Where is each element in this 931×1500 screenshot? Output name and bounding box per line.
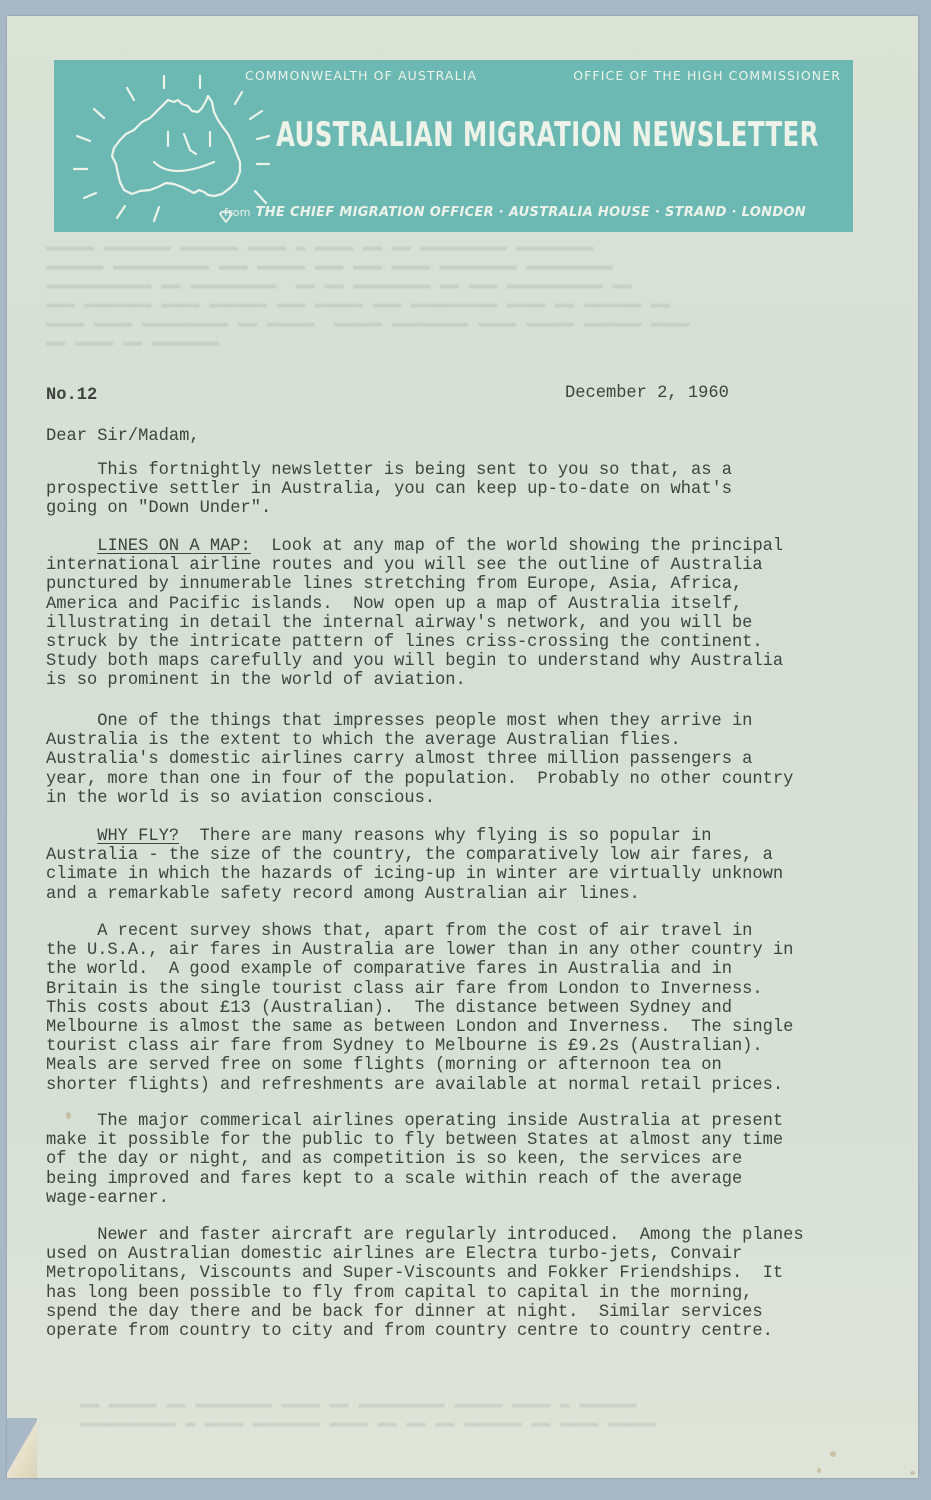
text-line: shorter flights) and refreshments are av… bbox=[46, 1076, 793, 1095]
text-line: climate in which the hazards of icing-up… bbox=[46, 865, 783, 884]
from-prefix: from bbox=[224, 206, 251, 219]
text-line: This costs about £13 (Australian). The d… bbox=[46, 999, 793, 1018]
paragraph-why-fly: WHY FLY? There are many reasons why flyi… bbox=[46, 827, 783, 904]
newsletter-title: AUSTRALIAN MIGRATION NEWSLETTER bbox=[276, 115, 841, 155]
newsletter-letterhead-banner: COMMONWEALTH OF AUSTRALIA OFFICE OF THE … bbox=[54, 60, 853, 232]
text-line: in the world is so aviation conscious. bbox=[46, 789, 793, 808]
text-line: punctured by innumerable lines stretchin… bbox=[46, 575, 783, 594]
folded-corner bbox=[7, 1418, 37, 1478]
text-line: the U.S.A., air fares in Australia are l… bbox=[46, 941, 793, 960]
paragraph-intro: This fortnightly newsletter is being sen… bbox=[46, 461, 732, 519]
bleed-through-texture: ▬▬ ▬▬▬▬▬ ▬▬ ▬▬▬▬▬▬▬▬ ▬▬▬▬ ▬▬ ▬▬▬▬▬▬▬▬▬ ▬… bbox=[80, 1395, 656, 1433]
section-heading-lines-on-a-map: LINES ON A MAP: bbox=[97, 537, 251, 556]
text-line: year, more than one in four of the popul… bbox=[46, 770, 793, 789]
text-line: struck by the intricate pattern of lines… bbox=[46, 633, 783, 652]
text-line: Melbourne is almost the same as between … bbox=[46, 1018, 793, 1037]
text-line: has long been possible to fly from capit… bbox=[46, 1284, 804, 1303]
text-span: There are many reasons why flying is so … bbox=[179, 827, 711, 846]
letterhead-org-line: COMMONWEALTH OF AUSTRALIA OFFICE OF THE … bbox=[245, 68, 841, 83]
text-line: One of the things that impresses people … bbox=[46, 712, 793, 731]
paragraph-lines-on-a-map: LINES ON A MAP: Look at any map of the w… bbox=[46, 537, 783, 691]
text-line: prospective settler in Australia, you ca… bbox=[46, 480, 732, 499]
paper-stain bbox=[910, 1471, 915, 1475]
text-line: spend the day there and be back for dinn… bbox=[46, 1303, 804, 1322]
paragraph-fares-survey: A recent survey shows that, apart from t… bbox=[46, 922, 793, 1095]
paragraph-newer-aircraft: Newer and faster aircraft are regularly … bbox=[46, 1226, 804, 1341]
text-line: Britain is the single tourist class air … bbox=[46, 980, 793, 999]
text-line: LINES ON A MAP: Look at any map of the w… bbox=[46, 537, 783, 556]
text-line: This fortnightly newsletter is being sen… bbox=[46, 461, 732, 480]
paper-stain bbox=[817, 1468, 821, 1473]
text-span: Look at any map of the world showing the… bbox=[251, 537, 783, 556]
paper-stain bbox=[830, 1451, 836, 1457]
text-line: being improved and fares kept to a scale… bbox=[46, 1170, 783, 1189]
text-line: of the day or night, and as competition … bbox=[46, 1150, 783, 1169]
text-line: going on "Down Under". bbox=[46, 499, 732, 518]
text-line: operate from country to city and from co… bbox=[46, 1322, 804, 1341]
text-line: wage-earner. bbox=[46, 1189, 783, 1208]
paragraph-commercial-airlines: The major commerical airlines operating … bbox=[46, 1112, 783, 1208]
letterhead-from-line: from THE CHIEF MIGRATION OFFICER · AUSTR… bbox=[224, 205, 839, 220]
text-line: WHY FLY? There are many reasons why flyi… bbox=[46, 827, 783, 846]
text-line: The major commerical airlines operating … bbox=[46, 1112, 783, 1131]
org-name-left: COMMONWEALTH OF AUSTRALIA bbox=[245, 68, 477, 83]
paragraph-aviation-conscious: One of the things that impresses people … bbox=[46, 712, 793, 808]
text-line: and a remarkable safety record among Aus… bbox=[46, 885, 783, 904]
text-line: A recent survey shows that, apart from t… bbox=[46, 922, 793, 941]
text-line: Australia is the extent to which the ave… bbox=[46, 731, 793, 750]
paper-stain bbox=[66, 1112, 71, 1119]
text-line: illustrating in detail the internal airw… bbox=[46, 614, 783, 633]
section-heading-why-fly: WHY FLY? bbox=[97, 827, 179, 846]
text-line: Study both maps carefully and you will b… bbox=[46, 652, 783, 671]
text-line: Meals are served free on some flights (m… bbox=[46, 1056, 793, 1075]
salutation: Dear Sir/Madam, bbox=[46, 427, 200, 446]
text-line: tourist class air fare from Sydney to Me… bbox=[46, 1037, 793, 1056]
bleed-through-texture: ▬▬▬▬▬ ▬▬▬▬▬▬▬ ▬▬▬▬▬▬ ▬▬▬▬ ▬ ▬▬▬▬ ▬▬ ▬▬ ▬… bbox=[46, 238, 689, 352]
letter-date: December 2, 1960 bbox=[565, 384, 729, 403]
text-line: Australia's domestic airlines carry almo… bbox=[46, 750, 793, 769]
text-line: Newer and faster aircraft are regularly … bbox=[46, 1226, 804, 1245]
newsletter-number: No.12 bbox=[46, 386, 97, 405]
from-address: THE CHIEF MIGRATION OFFICER · AUSTRALIA … bbox=[256, 205, 806, 220]
text-line: make it possible for the public to fly b… bbox=[46, 1131, 783, 1150]
text-line: the world. A good example of comparative… bbox=[46, 960, 793, 979]
text-line: used on Australian domestic airlines are… bbox=[46, 1245, 804, 1264]
org-name-right: OFFICE OF THE HIGH COMMISSIONER bbox=[573, 68, 841, 83]
text-line: Metropolitans, Viscounts and Super-Visco… bbox=[46, 1264, 804, 1283]
text-line: is so prominent in the world of aviation… bbox=[46, 671, 783, 690]
text-line: America and Pacific islands. Now open up… bbox=[46, 595, 783, 614]
text-line: Australia - the size of the country, the… bbox=[46, 846, 783, 865]
text-line: international airline routes and you wil… bbox=[46, 556, 783, 575]
